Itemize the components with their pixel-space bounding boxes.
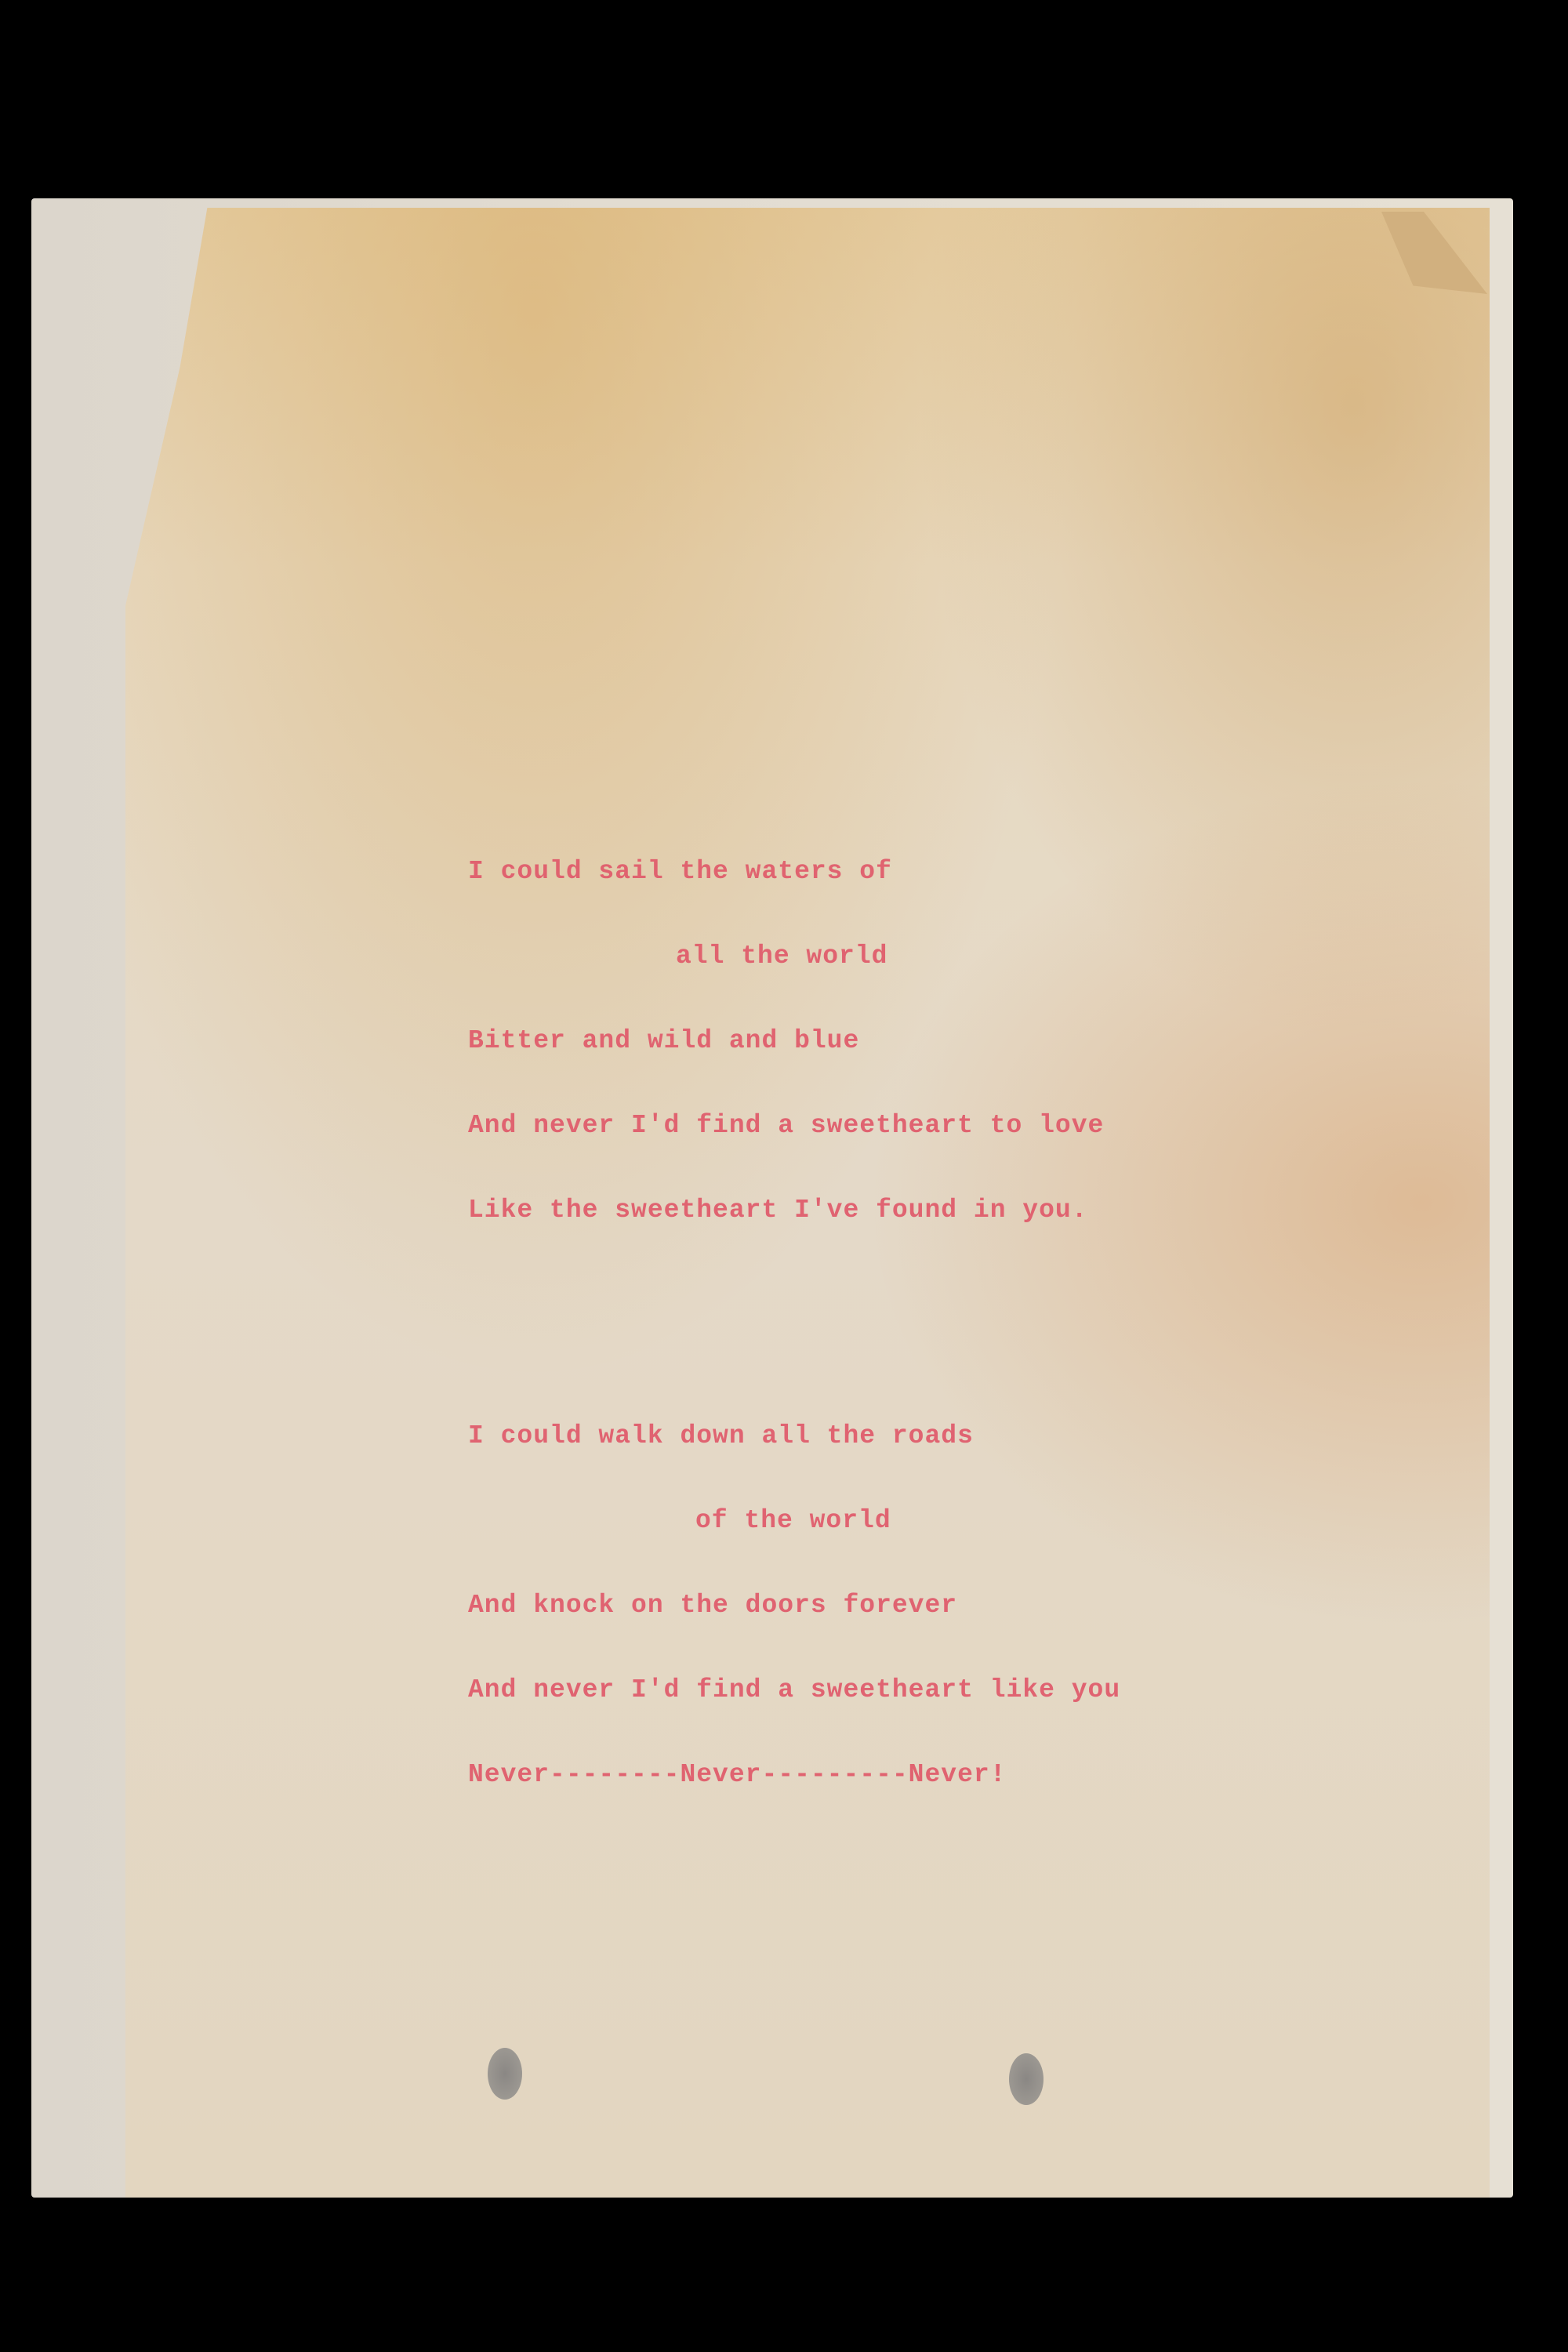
poem-line: all the world xyxy=(468,942,1120,971)
poem-line: Never--------Never---------Never! xyxy=(468,1761,1120,1789)
poem-line: I could walk down all the roads xyxy=(468,1422,1120,1450)
poem-line: And never I'd find a sweetheart to love xyxy=(468,1112,1120,1140)
poem-line: And never I'd find a sweetheart like you xyxy=(468,1676,1120,1704)
poem-text: I could sail the waters of all the world… xyxy=(468,745,1120,1902)
poem-line: Like the sweetheart I've found in you. xyxy=(468,1196,1120,1225)
poem-line: Bitter and wild and blue xyxy=(468,1027,1120,1055)
poem-line: of the world xyxy=(468,1507,1120,1535)
poem-line: I could sail the waters of xyxy=(468,858,1120,886)
stanza-2: I could walk down all the roads of the w… xyxy=(468,1366,1120,1846)
stanza-1: I could sail the waters of all the world… xyxy=(468,801,1120,1281)
punch-hole-right xyxy=(1009,2053,1044,2105)
punch-hole-left xyxy=(488,2048,522,2100)
poem-line: And knock on the doors forever xyxy=(468,1592,1120,1620)
